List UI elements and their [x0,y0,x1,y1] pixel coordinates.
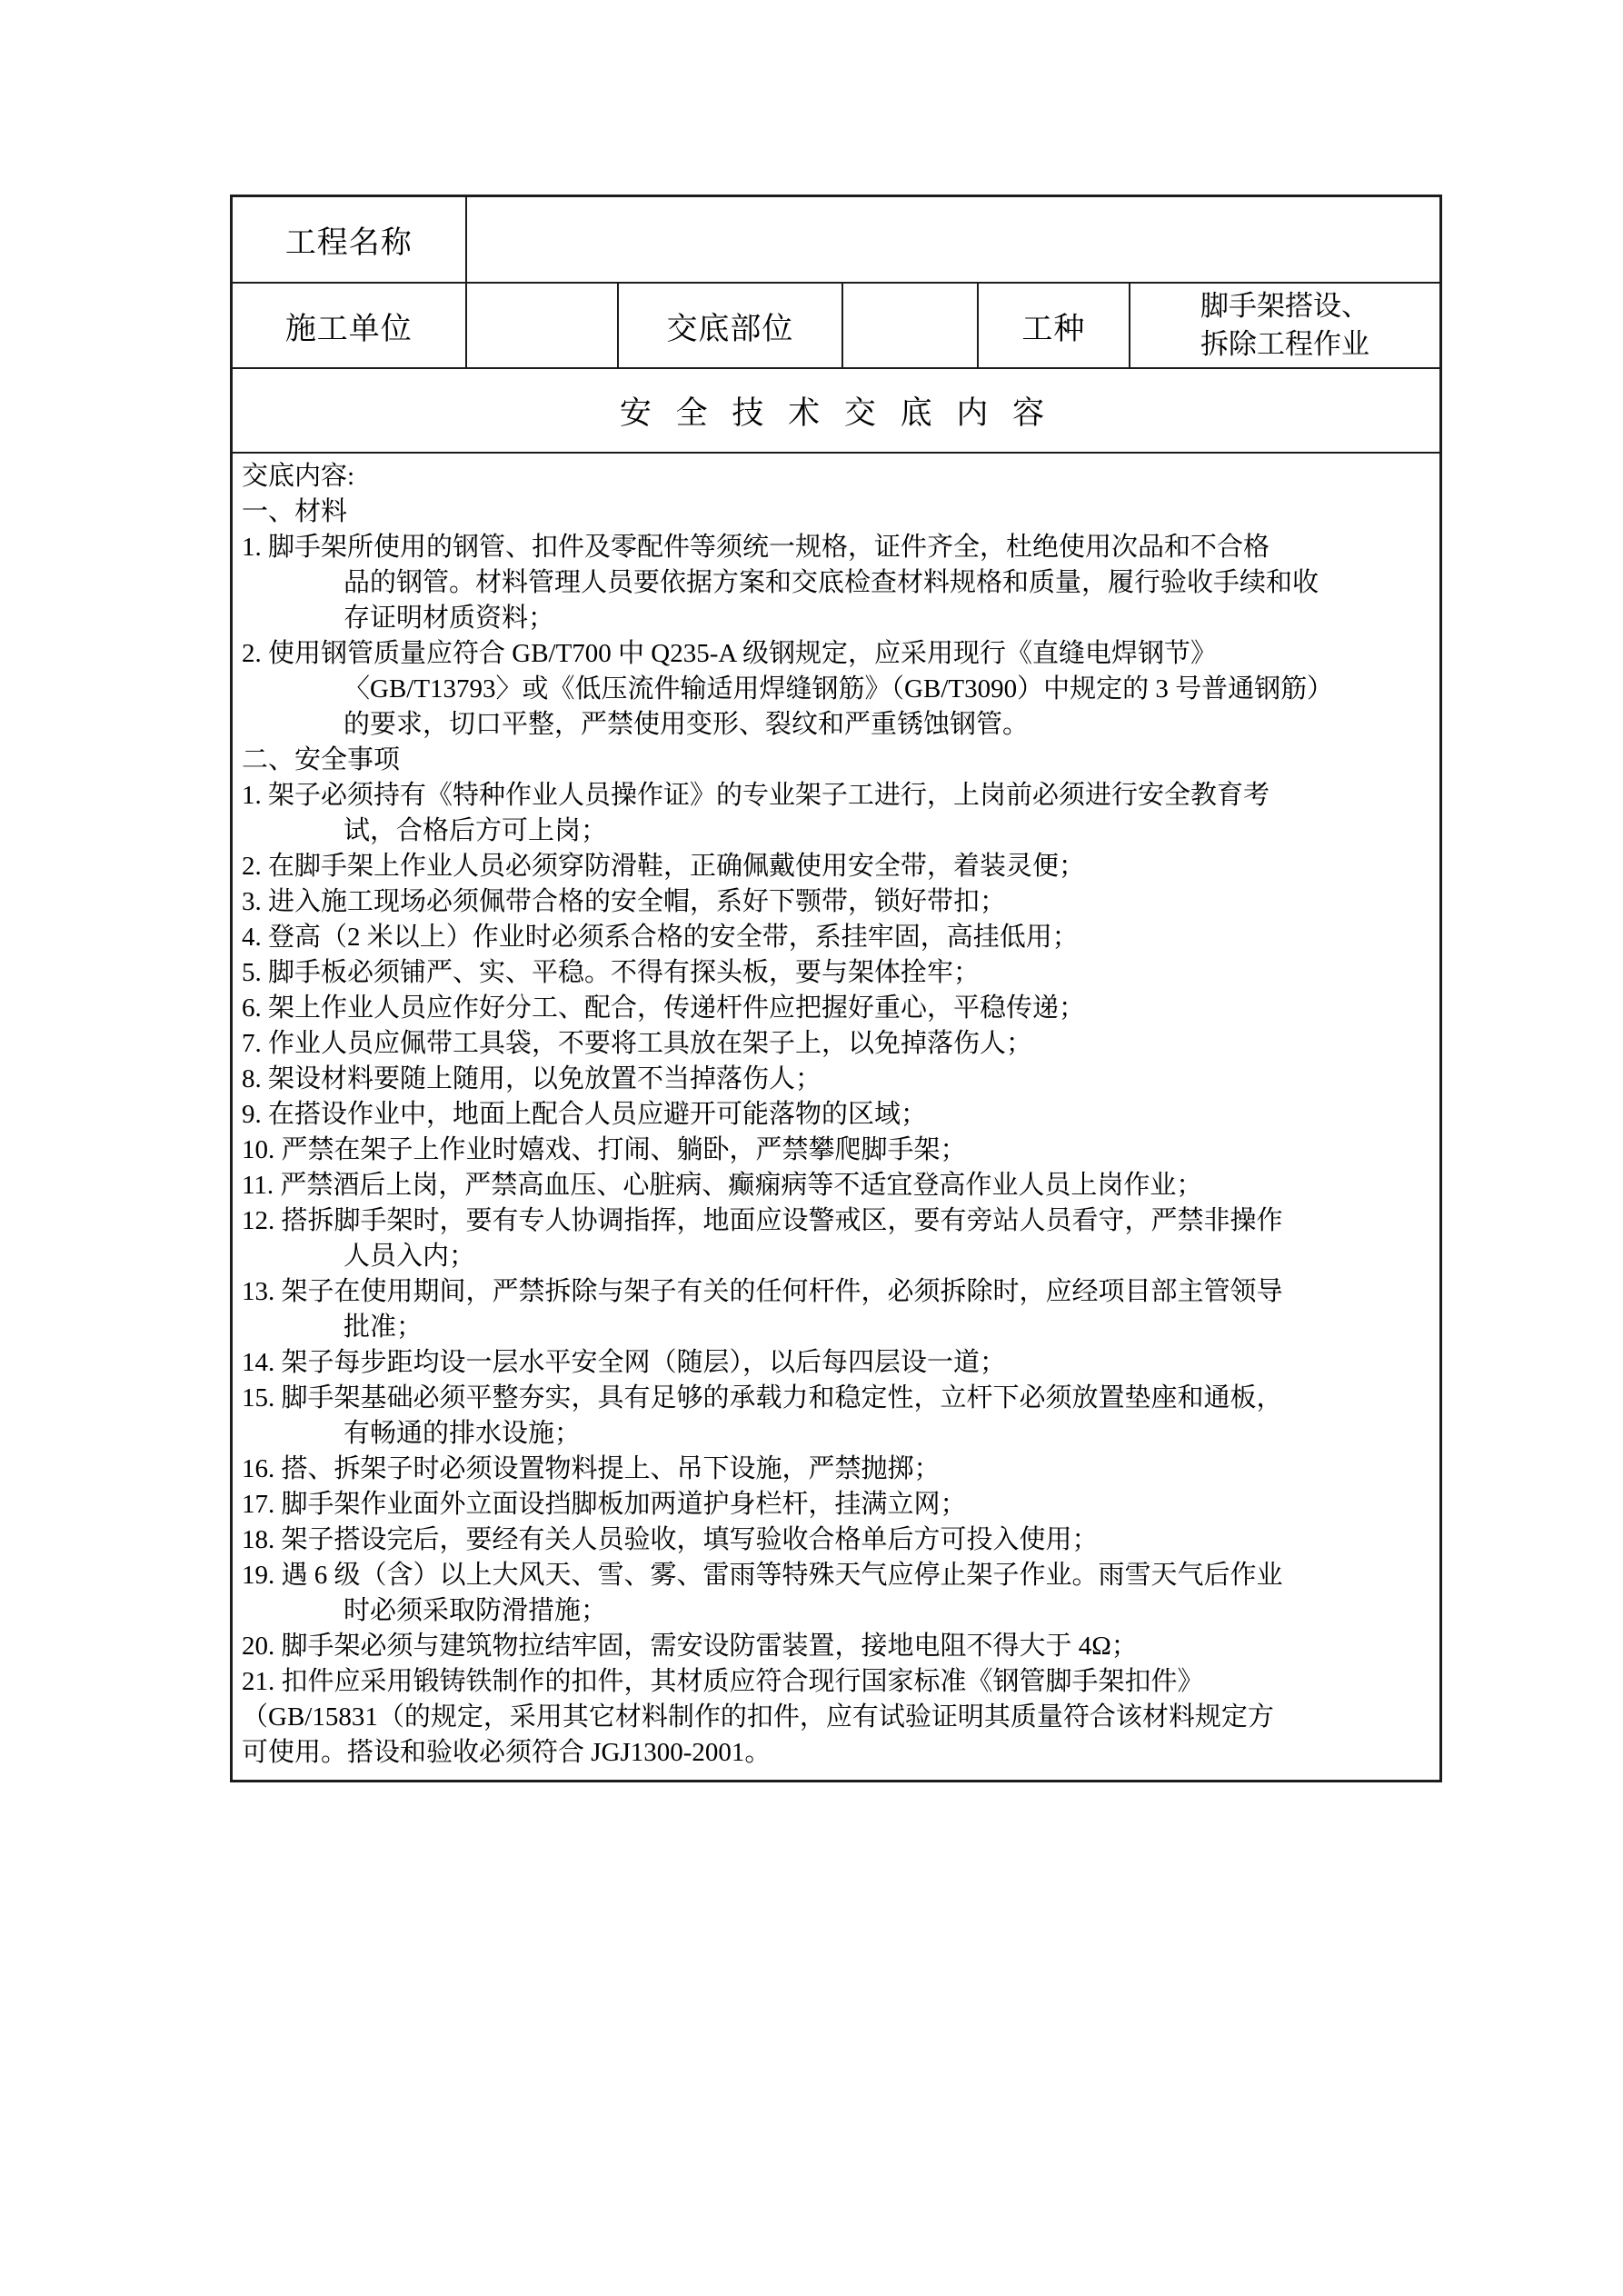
content-line: 批准； [242,1310,1429,1345]
content-line: 15. 脚手架基础必须平整夯实，具有足够的承载力和稳定性，立杆下必须放置垫座和通… [242,1381,1429,1416]
disclosure-content: 交底内容:一、材料1. 脚手架所使用的钢管、扣件及零配件等须统一规格，证件齐全，… [233,454,1439,1780]
project-name-value-cell [467,197,1439,282]
work-type-value-line2: 拆除工程作业 [1200,325,1369,364]
content-line: 6. 架上作业人员应作好分工、配合，传递杆件应把握好重心，平稳传递； [242,991,1429,1026]
content-line: 存证明材质资料； [242,601,1429,636]
content-line: 8. 架设材料要随上随用，以免放置不当掉落伤人； [242,1062,1429,1097]
content-line: 有畅通的排水设施； [242,1416,1429,1452]
work-type-value-line1: 脚手架搭设、 [1200,287,1369,325]
content-line: 时必须采取防滑措施； [242,1593,1429,1629]
content-line: 13. 架子在使用期间，严禁拆除与架子有关的任何杆件，必须拆除时，应经项目部主管… [242,1274,1429,1310]
content-line: 9. 在搭设作业中，地面上配合人员应避开可能落物的区域； [242,1097,1429,1133]
section-title: 安 全 技 术 交 底 内 容 [620,388,1052,434]
work-type-value-cell: 脚手架搭设、 拆除工程作业 [1130,284,1439,367]
construction-unit-value-cell [467,284,619,367]
content-line: 1. 架子必须持有《特种作业人员操作证》的专业架子工进行，上岗前必须进行安全教育… [242,778,1429,814]
construction-unit-label: 施工单位 [233,284,467,367]
content-line: 一、材料 [242,494,1429,530]
document-page: 工程名称 施工单位 交底部位 工种 脚手架搭设、 拆除工程作业 安 全 技 术 … [0,0,1623,2296]
content-line: 4. 登高（2 米以上）作业时必须系合格的安全带，系挂牢固，高挂低用； [242,920,1429,955]
content-line: 二、安全事项 [242,743,1429,778]
content-line: 19. 遇 6 级（含）以上大风天、雪、雾、雷雨等特殊天气应停止架子作业。雨雪天… [242,1558,1429,1593]
content-line: 20. 脚手架必须与建筑物拉结牢固，需安设防雷装置，接地电阻不得大于 4Ω； [242,1629,1429,1664]
content-line: 〈GB/T13793〉或《低压流件输适用焊缝钢筋》（GB/T3090）中规定的 … [242,672,1429,707]
content-line: 18. 架子搭设完后，要经有关人员验收，填写验收合格单后方可投入使用； [242,1522,1429,1558]
content-line: 3. 进入施工现场必须佩带合格的安全帽，系好下颚带，锁好带扣； [242,884,1429,920]
project-name-label: 工程名称 [233,197,467,282]
disclosure-part-value-cell [843,284,979,367]
content-line: 16. 搭、拆架子时必须设置物料提上、吊下设施，严禁抛掷； [242,1452,1429,1487]
content-line: 试，合格后方可上岗； [242,814,1429,849]
content-line: 10. 严禁在架子上作业时嬉戏、打闹、躺卧，严禁攀爬脚手架； [242,1133,1429,1168]
safety-disclosure-table: 工程名称 施工单位 交底部位 工种 脚手架搭设、 拆除工程作业 安 全 技 术 … [230,195,1442,1782]
content-line: （GB/15831（的规定，采用其它材料制作的扣件，应有试验证明其质量符合该材料… [242,1700,1429,1735]
content-line: 的要求，切口平整，严禁使用变形、裂纹和严重锈蚀钢管。 [242,707,1429,743]
content-line: 11. 严禁酒后上岗，严禁高血压、心脏病、癫痫病等不适宜登高作业人员上岗作业； [242,1168,1429,1203]
content-line: 可使用。搭设和验收必须符合 JGJ1300-2001。 [242,1735,1429,1771]
content-line: 2. 使用钢管质量应符合 GB/T700 中 Q235-A 级钢规定，应采用现行… [242,636,1429,672]
content-line: 21. 扣件应采用锻铸铁制作的扣件，其材质应符合现行国家标准《钢管脚手架扣件》 [242,1664,1429,1700]
content-line: 14. 架子每步距均设一层水平安全网（随层），以后每四层设一道； [242,1345,1429,1381]
disclosure-part-label: 交底部位 [619,284,843,367]
content-line: 品的钢管。材料管理人员要依据方案和交底检查材料规格和质量，履行验收手续和收 [242,565,1429,601]
content-line: 人员入内； [242,1239,1429,1274]
project-name-row: 工程名称 [233,197,1439,284]
section-title-row: 安 全 技 术 交 底 内 容 [233,369,1439,454]
content-line: 交底内容: [242,459,1429,494]
content-line: 17. 脚手架作业面外立面设挡脚板加两道护身栏杆，挂满立网； [242,1487,1429,1522]
content-line: 7. 作业人员应佩带工具袋，不要将工具放在架子上，以免掉落伤人； [242,1026,1429,1062]
unit-part-type-row: 施工单位 交底部位 工种 脚手架搭设、 拆除工程作业 [233,284,1439,369]
content-line: 12. 搭拆脚手架时，要有专人协调指挥，地面应设警戒区，要有旁站人员看守，严禁非… [242,1203,1429,1239]
content-line: 2. 在脚手架上作业人员必须穿防滑鞋，正确佩戴使用安全带，着装灵便； [242,849,1429,884]
work-type-label: 工种 [979,284,1130,367]
content-line: 5. 脚手板必须铺严、实、平稳。不得有探头板，要与架体拴牢； [242,955,1429,991]
content-line: 1. 脚手架所使用的钢管、扣件及零配件等须统一规格，证件齐全，杜绝使用次品和不合… [242,530,1429,565]
